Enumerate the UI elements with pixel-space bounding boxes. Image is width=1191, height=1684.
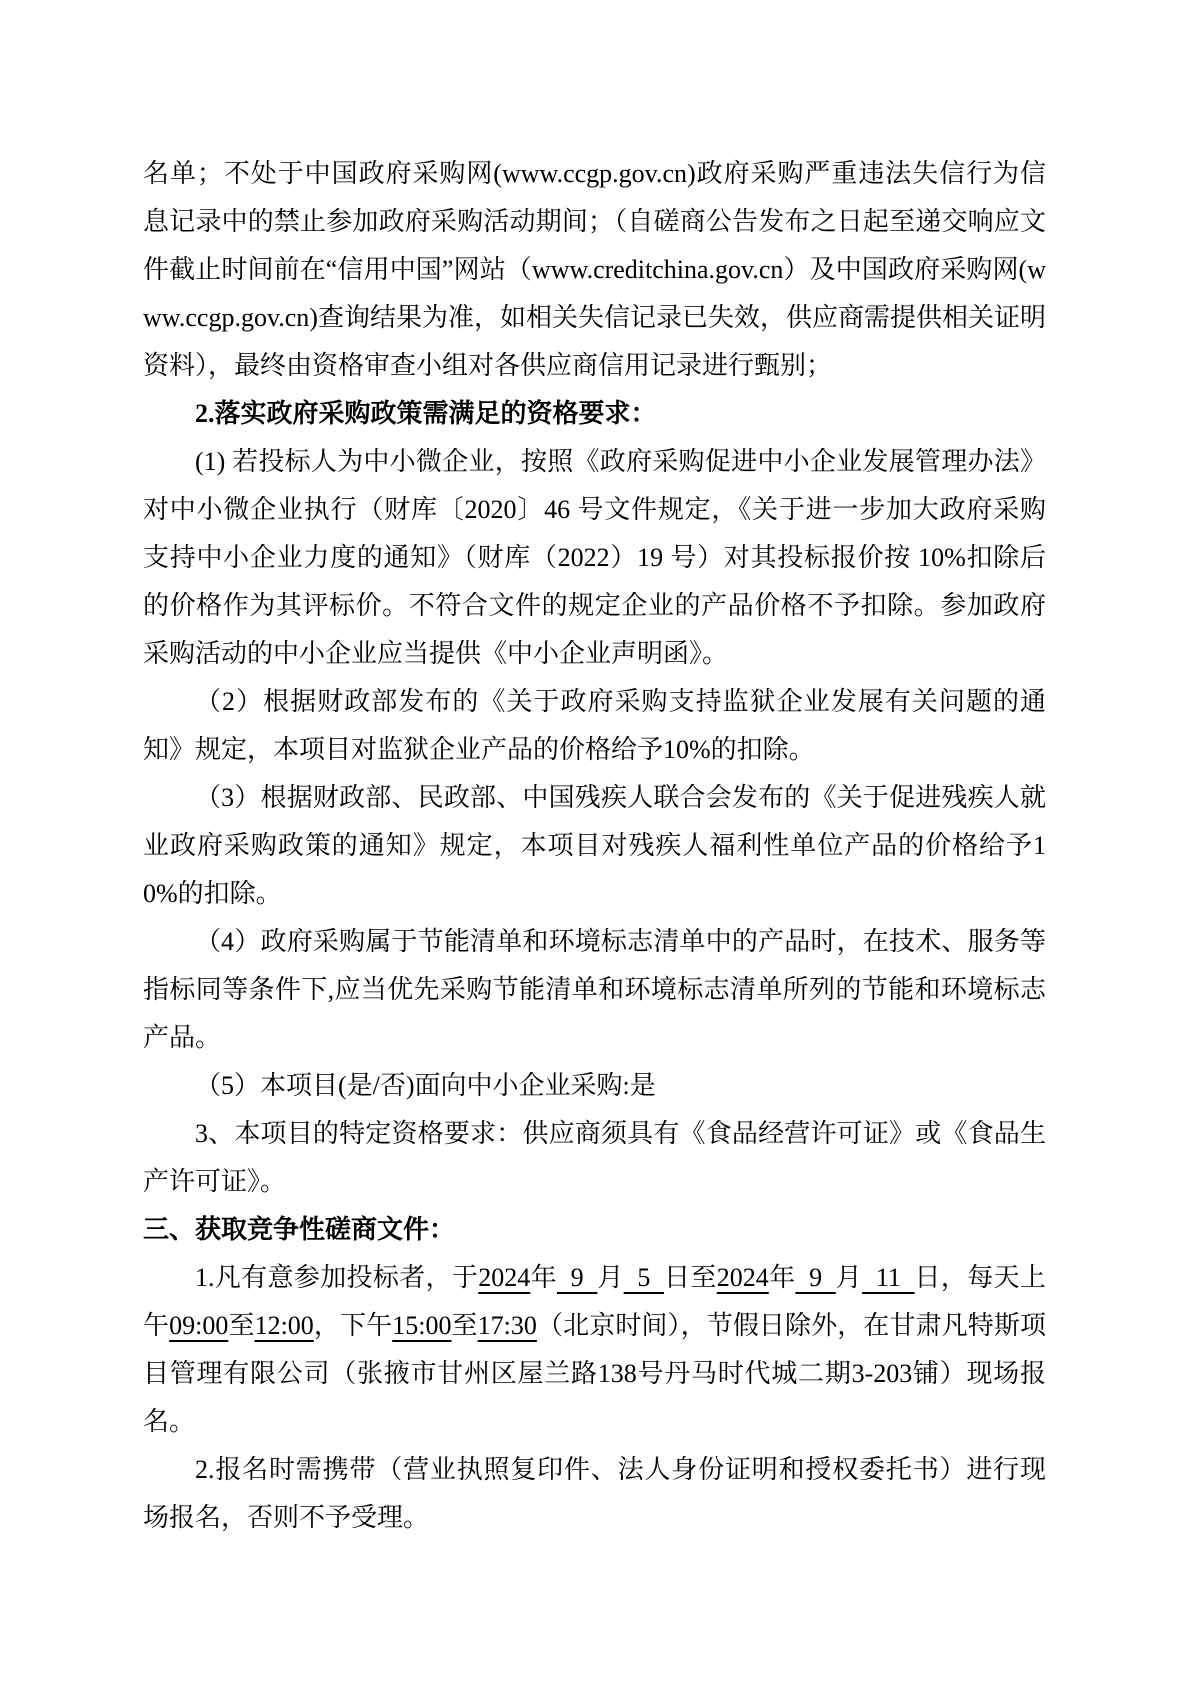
underlined-fill-in-value: 12:00 [255, 1311, 314, 1340]
paragraph-registration-materials: 2.报名时需携带（营业执照复印件、法人身份证明和授权委托书）进行现场报名，否则不… [143, 1446, 1046, 1542]
underlined-fill-in-value: 9 [557, 1263, 597, 1292]
text-run: 年 [530, 1263, 557, 1292]
text-run: （2）根据财政部发布的《关于政府采购支持监狱企业发展有关问题的通知》规定，本项目… [143, 687, 1046, 764]
text-run: （3）根据财政部、民政部、中国残疾人联合会发布的《关于促进残疾人就业政府采购政策… [143, 783, 1046, 908]
underlined-fill-in-value: 2024 [478, 1263, 530, 1292]
paragraph-sme-deduction: (1) 若投标人为中小微企业，按照《政府采购促进中小企业发展管理办法》对中小微企… [143, 438, 1046, 678]
paragraph-specific-qualification: 3、本项目的特定资格要求：供应商须具有《食品经营许可证》或《食品生产许可证》。 [143, 1110, 1046, 1206]
paragraph-credit-record-continuation: 名单；不处于中国政府采购网(www.ccgp.gov.cn)政府采购严重违法失信… [143, 150, 1046, 390]
paragraph-prison-enterprise: （2）根据财政部发布的《关于政府采购支持监狱企业发展有关问题的通知》规定，本项目… [143, 678, 1046, 774]
text-run: 名单；不处于中国政府采购网(www.ccgp.gov.cn)政府采购严重违法失信… [143, 159, 1046, 380]
text-run: 3、本项目的特定资格要求：供应商须具有《食品经营许可证》或《食品生产许可证》。 [143, 1119, 1046, 1196]
text-run: 三、获取竞争性磋商文件： [143, 1215, 455, 1244]
paragraph-sme-oriented: （5）本项目(是/否)面向中小企业采购:是 [143, 1062, 1046, 1110]
text-run: 年 [769, 1263, 796, 1292]
text-run: 2.落实政府采购政策需满足的资格要求： [195, 399, 657, 428]
text-run: 至 [228, 1311, 254, 1340]
underlined-fill-in-value: 9 [795, 1263, 835, 1292]
heading-obtain-documents: 三、获取竞争性磋商文件： [143, 1206, 1046, 1254]
underlined-fill-in-value: 17:30 [478, 1311, 537, 1340]
text-run: 至 [451, 1311, 477, 1340]
text-run: （4）政府采购属于节能清单和环境标志清单中的产品时，在技术、服务等指标同等条件下… [143, 927, 1046, 1052]
text-run: ，下午 [314, 1311, 392, 1340]
document-page: 名单；不处于中国政府采购网(www.ccgp.gov.cn)政府采购严重违法失信… [0, 0, 1191, 1684]
underlined-fill-in-value: 09:00 [169, 1311, 228, 1340]
underlined-fill-in-value: 2024 [717, 1263, 769, 1292]
document-body: 名单；不处于中国政府采购网(www.ccgp.gov.cn)政府采购严重违法失信… [143, 150, 1046, 1542]
text-run: 1.凡有意参加投标者，于 [195, 1263, 478, 1292]
text-run: (1) 若投标人为中小微企业，按照《政府采购促进中小企业发展管理办法》对中小微企… [143, 447, 1046, 668]
underlined-fill-in-value: 15:00 [392, 1311, 451, 1340]
text-run: （5）本项目(是/否)面向中小企业采购:是 [195, 1071, 656, 1100]
paragraph-energy-saving: （4）政府采购属于节能清单和环境标志清单中的产品时，在技术、服务等指标同等条件下… [143, 918, 1046, 1062]
heading-policy-qualification: 2.落实政府采购政策需满足的资格要求： [143, 390, 1046, 438]
paragraph-registration-time-place: 1.凡有意参加投标者，于2024年 9 月 5 日至2024年 9 月 11 日… [143, 1254, 1046, 1446]
underlined-fill-in-value: 11 [862, 1263, 914, 1292]
underlined-fill-in-value: 5 [624, 1263, 664, 1292]
text-run: 日至 [664, 1263, 717, 1292]
text-run: 2.报名时需携带（营业执照复印件、法人身份证明和授权委托书）进行现场报名，否则不… [143, 1455, 1046, 1532]
text-run: 月 [597, 1263, 623, 1292]
paragraph-disabled-welfare: （3）根据财政部、民政部、中国残疾人联合会发布的《关于促进残疾人就业政府采购政策… [143, 774, 1046, 918]
text-run: 月 [836, 1263, 862, 1292]
